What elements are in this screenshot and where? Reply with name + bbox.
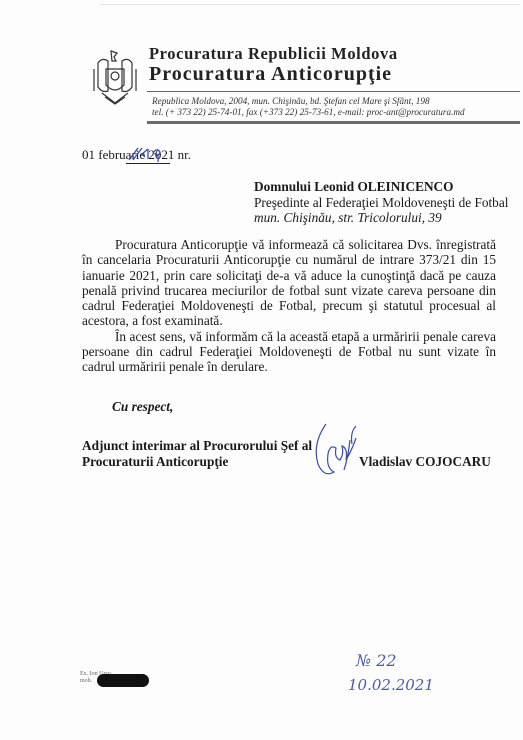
registration-number-handwritten <box>126 149 170 164</box>
header-divider-top <box>147 91 520 92</box>
org-name: Procuratura Anticorupţie <box>149 63 392 86</box>
nr-label: nr. <box>178 147 191 162</box>
letter-body: Procuratura Anticorupţie vă informează c… <box>82 237 496 375</box>
signatory-title-line: Adjunct interimar al Procurorului Şef al <box>82 438 312 454</box>
redacted-phone-number <box>97 674 149 687</box>
header-contact: Republica Moldova, 2004, mun. Chişinău, … <box>152 96 465 118</box>
scan-edge-line <box>100 4 520 5</box>
svg-text:10.02.2021: 10.02.2021 <box>348 676 434 694</box>
signatory-title: Adjunct interimar al Procurorului Şef al… <box>82 438 312 469</box>
org-name-parent: Procuratura Republicii Moldova <box>149 44 398 64</box>
body-paragraph: În acest sens, vă informăm că la această… <box>82 329 496 375</box>
signatory-title-line: Procuraturii Anticorupţie <box>82 454 312 470</box>
address-line: Republica Moldova, 2004, mun. Chişinău, … <box>152 96 465 107</box>
recipient-name: Domnului Leonid OLEINICENCO <box>254 179 508 195</box>
header-divider-bottom <box>147 121 520 124</box>
closing-salutation: Cu respect, <box>112 399 173 415</box>
recipient-address: mun. Chişinău, str. Tricolorului, 39 <box>254 210 508 226</box>
handwritten-registration-stamp: № 22 10.02.2021 <box>348 648 438 698</box>
svg-text:№ 22: № 22 <box>355 651 397 670</box>
recipient-title: Preşedinte al Federaţiei Moldoveneşti de… <box>254 195 508 211</box>
recipient-block: Domnului Leonid OLEINICENCO Preşedinte a… <box>254 179 508 226</box>
handwritten-signature <box>312 420 368 480</box>
signatory-name: Vladislav COJOCARU <box>359 454 491 470</box>
moldova-coat-of-arms-icon <box>90 47 140 109</box>
body-paragraph: Procuratura Anticorupţie vă informează c… <box>82 237 496 329</box>
contact-line: tel. (+ 373 22) 25-74-01, fax (+373 22) … <box>152 107 465 118</box>
